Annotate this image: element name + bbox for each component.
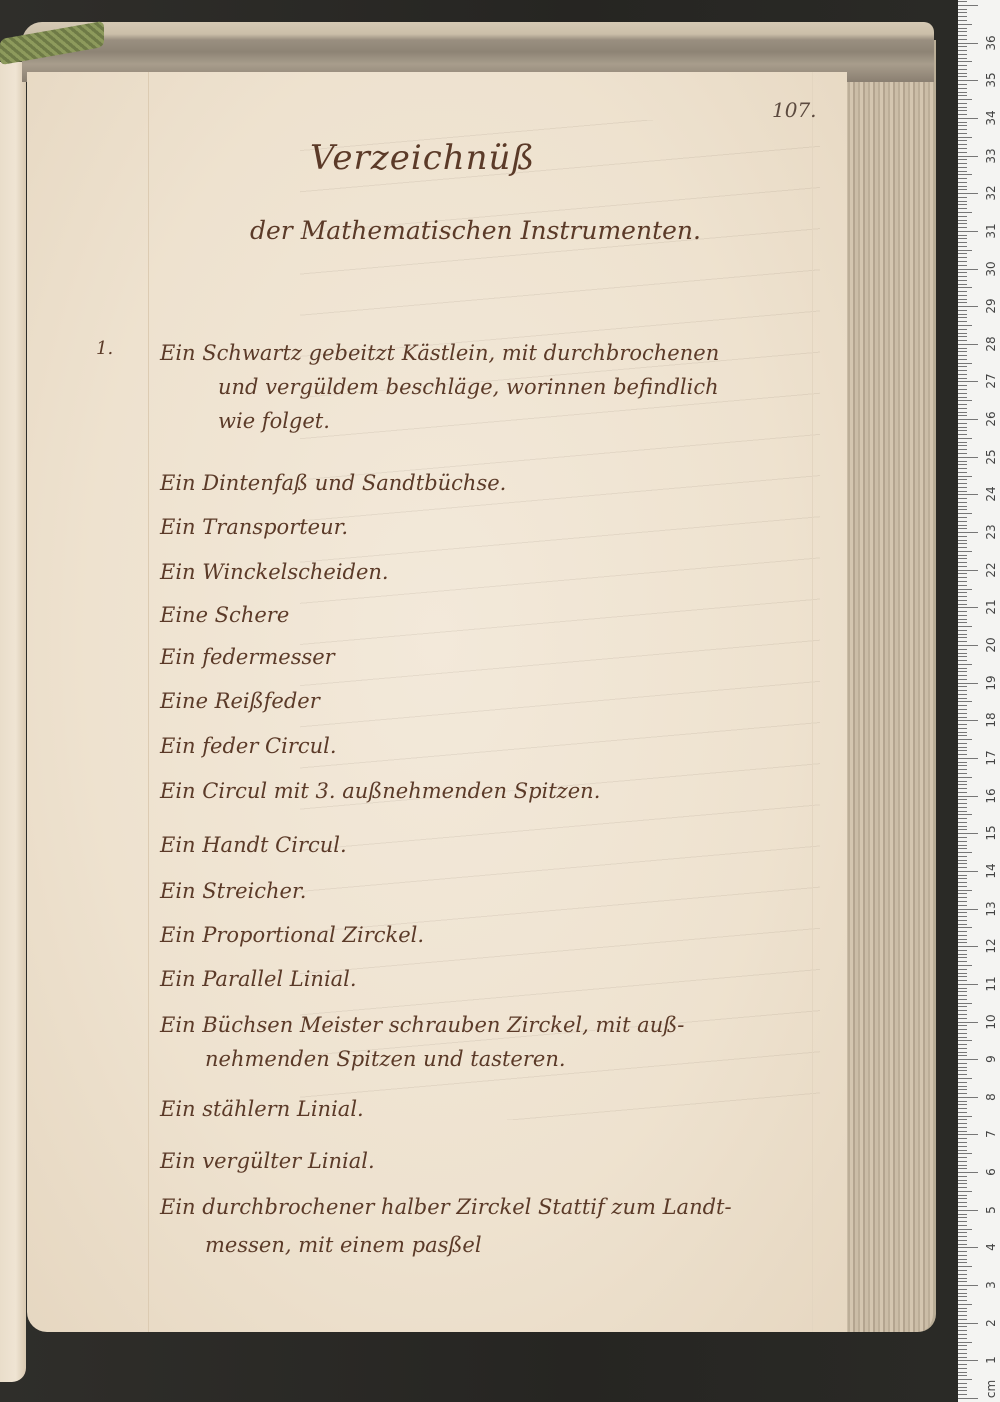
ruler-tick — [958, 1134, 978, 1135]
ruler-tick — [958, 1010, 967, 1011]
ruler-tick — [958, 491, 967, 492]
ruler-tick — [958, 1202, 967, 1203]
ruler-tick — [958, 592, 967, 593]
ruler-tick — [958, 784, 967, 785]
ruler-tick — [958, 600, 967, 601]
ruler-label: 26 — [984, 408, 998, 430]
ruler-tick — [958, 186, 967, 187]
ruler-tick — [958, 1146, 967, 1147]
ruler-tick — [958, 792, 967, 793]
ruler-tick — [958, 1360, 978, 1361]
ruler-tick — [958, 1033, 967, 1034]
ruler-tick — [958, 645, 978, 646]
ruler-tick — [958, 1244, 967, 1245]
ruler-tick — [958, 1349, 967, 1350]
ruler-tick — [958, 675, 967, 676]
ruler-label: 24 — [984, 483, 998, 505]
ruler-tick — [958, 159, 967, 160]
ruler-tick — [958, 88, 967, 89]
ruler-tick — [958, 1123, 967, 1124]
ruler-tick — [958, 732, 967, 733]
ruler-tick — [958, 171, 967, 172]
ruler-tick — [958, 750, 967, 751]
ruler-tick — [958, 1022, 978, 1023]
ruler-tick — [958, 1338, 967, 1339]
ruler-tick — [958, 543, 967, 544]
ruler-tick — [958, 1251, 967, 1252]
ruler-tick — [958, 1044, 967, 1045]
entry-line: Ein Transporteur. — [160, 508, 348, 546]
ruler-tick — [958, 890, 972, 891]
ruler-tick — [958, 472, 967, 473]
ruler-tick — [958, 1229, 972, 1230]
ruler-label: 14 — [984, 860, 998, 882]
ruler-label: 25 — [984, 446, 998, 468]
entry-line: Eine Schere — [160, 596, 289, 634]
ruler-tick — [958, 931, 967, 932]
ruler-tick — [958, 321, 967, 322]
ruler-tick — [958, 852, 972, 853]
ruler-tick — [958, 649, 967, 650]
ruler-label: 16 — [984, 785, 998, 807]
ruler-tick — [958, 35, 967, 36]
ruler-tick — [958, 634, 967, 635]
ruler-label: 10 — [984, 1011, 998, 1033]
ruler-tick — [958, 848, 967, 849]
entry-line: Ein stählern Linial. — [160, 1090, 364, 1128]
left-facing-page-edge — [0, 62, 26, 1382]
ruler-tick — [958, 1040, 972, 1041]
ruler-tick — [958, 80, 978, 81]
ruler-tick — [958, 863, 967, 864]
ruler-tick — [958, 355, 967, 356]
ruler-tick — [958, 984, 978, 985]
ruler-tick — [958, 845, 967, 846]
ruler-tick — [958, 1138, 967, 1139]
ruler-tick — [958, 1270, 967, 1271]
ruler-tick — [958, 641, 967, 642]
ruler-tick — [958, 427, 967, 428]
ruler-tick — [958, 5, 978, 6]
ruler-tick — [958, 246, 967, 247]
ruler-tick — [958, 694, 967, 695]
ruler-tick — [958, 306, 978, 307]
ruler-tick — [958, 483, 967, 484]
ruler-tick — [958, 257, 967, 258]
ruler-tick — [958, 513, 972, 514]
ruler-tick — [958, 1278, 967, 1279]
ruler-tick — [958, 204, 967, 205]
right-margin-fold-line — [812, 72, 813, 1332]
measurement-ruler: 1234567891011121314151617181920212223242… — [958, 0, 1000, 1402]
ruler-tick — [958, 724, 967, 725]
ruler-tick — [958, 1018, 967, 1019]
ruler-tick — [958, 92, 967, 93]
ruler-tick — [958, 73, 967, 74]
ruler-tick — [958, 287, 972, 288]
ruler-tick — [958, 46, 967, 47]
ruler-tick — [958, 577, 967, 578]
entry-line: Ein Proportional Zirckel. — [160, 916, 424, 954]
ruler-tick — [958, 1221, 967, 1222]
left-margin-fold-line — [148, 72, 149, 1332]
ruler-tick — [958, 735, 967, 736]
show-through-ink — [300, 120, 820, 1120]
ruler-tick — [958, 1383, 967, 1384]
ruler-tick — [958, 1296, 967, 1297]
ruler-tick — [958, 370, 967, 371]
ruler-label: 30 — [984, 258, 998, 280]
ruler-tick — [958, 886, 967, 887]
ruler-tick — [958, 1225, 967, 1226]
ruler-tick — [958, 231, 978, 232]
ruler-tick — [958, 24, 972, 25]
ruler-label: 1 — [984, 1349, 998, 1371]
ruler-tick — [958, 999, 967, 1000]
entry-line: wie folget. — [218, 402, 330, 440]
ruler-tick — [958, 95, 967, 96]
ruler-tick — [958, 573, 967, 574]
ruler-tick — [958, 1274, 967, 1275]
book-fore-edge — [845, 40, 936, 1332]
ruler-tick — [958, 781, 967, 782]
ruler-tick — [958, 558, 967, 559]
ruler-tick — [958, 954, 967, 955]
ruler-tick — [958, 348, 967, 349]
item-number: 1. — [96, 338, 113, 359]
ruler-tick — [958, 393, 967, 394]
ruler-tick — [958, 148, 967, 149]
ruler-tick — [958, 118, 978, 119]
ruler-tick — [958, 167, 967, 168]
ruler-tick — [958, 302, 967, 303]
ruler-tick — [958, 220, 967, 221]
ruler-tick — [958, 713, 967, 714]
ruler-tick — [958, 555, 967, 556]
entry-line: Ein Handt Circul. — [160, 826, 347, 864]
ruler-tick — [958, 99, 972, 100]
ruler-tick — [958, 1319, 967, 1320]
ruler-tick — [958, 445, 967, 446]
ruler-tick — [958, 1210, 978, 1211]
ruler-tick — [958, 1247, 978, 1248]
ruler-label: 29 — [984, 295, 998, 317]
ruler-tick — [958, 1161, 967, 1162]
ruler-label: 13 — [984, 898, 998, 920]
ruler-tick — [958, 833, 978, 834]
ruler-tick — [958, 717, 967, 718]
ruler-tick — [958, 476, 972, 477]
ruler-tick — [958, 660, 967, 661]
entry-line: Ein Dintenfaß und Sandtbüchse. — [160, 464, 506, 502]
ruler-tick — [958, 668, 967, 669]
ruler-tick — [958, 381, 978, 382]
entry-line: Ein feder Circul. — [160, 727, 337, 765]
ruler-tick — [958, 991, 967, 992]
ruler-tick — [958, 1214, 967, 1215]
ruler-label: 5 — [984, 1199, 998, 1221]
ruler-tick — [958, 438, 972, 439]
ruler-unit-label: cm — [984, 1378, 998, 1400]
ruler-label: 35 — [984, 69, 998, 91]
ruler-tick — [958, 686, 967, 687]
ruler-tick — [958, 397, 967, 398]
ruler-tick — [958, 415, 967, 416]
ruler-tick — [958, 1176, 967, 1177]
ruler-label: 12 — [984, 935, 998, 957]
ruler-tick — [958, 1070, 967, 1071]
ruler-tick — [958, 973, 967, 974]
ruler-tick — [958, 878, 967, 879]
ruler-tick — [958, 76, 967, 77]
ruler-tick — [958, 31, 967, 32]
ruler-tick — [958, 664, 972, 665]
ruler-tick — [958, 1357, 967, 1358]
ruler-tick — [958, 773, 967, 774]
ruler-tick — [958, 110, 967, 111]
ruler-tick — [958, 464, 967, 465]
ruler-tick — [958, 69, 967, 70]
ruler-tick — [958, 1150, 967, 1151]
ruler-label: 34 — [984, 107, 998, 129]
ruler-tick — [958, 811, 967, 812]
ruler-tick — [958, 709, 967, 710]
ruler-tick — [958, 216, 967, 217]
ruler-tick — [958, 9, 967, 10]
ruler-tick — [958, 197, 967, 198]
ruler-tick — [958, 562, 967, 563]
ruler-tick — [958, 1, 967, 2]
ruler-tick — [958, 1300, 967, 1301]
ruler-tick — [958, 743, 967, 744]
ruler-tick — [958, 156, 978, 157]
ruler-tick — [958, 1131, 967, 1132]
ruler-tick — [958, 178, 967, 179]
ruler-tick — [958, 837, 967, 838]
ruler-tick — [958, 1345, 967, 1346]
ruler-tick — [958, 521, 967, 522]
ruler-tick — [958, 927, 972, 928]
ruler-label: 27 — [984, 370, 998, 392]
ruler-tick — [958, 1078, 972, 1079]
ruler-tick — [958, 630, 967, 631]
ruler-tick — [958, 223, 967, 224]
ruler-tick — [958, 1097, 978, 1098]
ruler-label: 33 — [984, 145, 998, 167]
ruler-tick — [958, 449, 967, 450]
ruler-tick — [958, 408, 967, 409]
ruler-tick — [958, 653, 967, 654]
ruler-tick — [958, 1217, 967, 1218]
ruler-tick — [958, 152, 967, 153]
ruler-tick — [958, 61, 972, 62]
ruler-tick — [958, 1153, 972, 1154]
ruler-tick — [958, 461, 967, 462]
ruler-tick — [958, 796, 978, 797]
folio-number: 107. — [772, 98, 817, 122]
ruler-tick — [958, 434, 967, 435]
ruler-label: 8 — [984, 1086, 998, 1108]
ruler-tick — [958, 551, 972, 552]
ruler-label: 4 — [984, 1236, 998, 1258]
ruler-tick — [958, 299, 967, 300]
ruler-tick — [958, 570, 978, 571]
ruler-tick — [958, 1052, 967, 1053]
ruler-tick — [958, 265, 967, 266]
ruler-tick — [958, 683, 978, 684]
ruler-tick — [958, 1240, 967, 1241]
ruler-tick — [958, 1375, 967, 1376]
ruler-tick — [958, 969, 967, 970]
ruler-tick — [958, 882, 967, 883]
ruler-tick — [958, 280, 967, 281]
ruler-tick — [958, 363, 972, 364]
ruler-tick — [958, 1074, 967, 1075]
ruler-tick — [958, 336, 967, 337]
ruler-tick — [958, 1368, 967, 1369]
ruler-tick — [958, 1259, 967, 1260]
ruler-tick — [958, 333, 967, 334]
ruler-tick — [958, 295, 967, 296]
ruler-tick — [958, 777, 972, 778]
ruler-tick — [958, 976, 967, 977]
ruler-tick — [958, 1180, 967, 1181]
ruler-tick — [958, 924, 967, 925]
ruler-tick — [958, 344, 978, 345]
ruler-tick — [958, 939, 967, 940]
ruler-tick — [958, 1195, 967, 1196]
ruler-tick — [958, 788, 967, 789]
ruler-tick — [958, 818, 967, 819]
ruler-tick — [958, 253, 967, 254]
ruler-tick — [958, 1315, 967, 1316]
ruler-tick — [958, 39, 967, 40]
ruler-tick — [958, 581, 967, 582]
ruler-label: 31 — [984, 220, 998, 242]
ruler-tick — [958, 212, 972, 213]
ruler-tick — [958, 12, 967, 13]
ruler-tick — [958, 291, 967, 292]
ruler-tick — [958, 701, 972, 702]
ruler-tick — [958, 1334, 967, 1335]
ruler-tick — [958, 261, 967, 262]
ruler-tick — [958, 107, 967, 108]
ruler-tick — [958, 1206, 967, 1207]
ruler-tick — [958, 201, 967, 202]
ruler-tick — [958, 1387, 967, 1388]
ruler-label: 17 — [984, 747, 998, 769]
ruler-tick — [958, 920, 967, 921]
entry-line: messen, mit einem pasßel — [205, 1226, 482, 1264]
entry-line: nehmenden Spitzen und tasteren. — [205, 1040, 566, 1078]
ruler-tick — [958, 747, 967, 748]
ruler-tick — [958, 589, 972, 590]
ruler-tick — [958, 1289, 967, 1290]
ruler-tick — [958, 762, 967, 763]
ruler-tick — [958, 502, 967, 503]
ruler-tick — [958, 359, 967, 360]
ruler-tick — [958, 269, 978, 270]
ruler-tick — [958, 54, 967, 55]
ruler-tick — [958, 1116, 972, 1117]
ruler-tick — [958, 317, 967, 318]
ruler-tick — [958, 1014, 967, 1015]
ruler-tick — [958, 946, 978, 947]
ruler-tick — [958, 1172, 978, 1173]
ruler-tick — [958, 366, 967, 367]
ruler-label: 22 — [984, 559, 998, 581]
page-title: Verzeichnüß — [310, 138, 535, 178]
ruler-tick — [958, 242, 967, 243]
ruler-tick — [958, 897, 967, 898]
ruler-tick — [958, 547, 967, 548]
ruler-tick — [958, 1067, 967, 1068]
ruler-tick — [958, 1342, 972, 1343]
ruler-tick — [958, 122, 967, 123]
ruler-tick — [958, 942, 967, 943]
entry-line: Ein Circul mit 3. außnehmenden Spitzen. — [160, 772, 600, 810]
ruler-tick — [958, 528, 967, 529]
ruler-tick — [958, 615, 967, 616]
ruler-tick — [958, 607, 978, 608]
ruler-tick — [958, 1055, 967, 1056]
ruler-tick — [958, 494, 978, 495]
ruler-tick — [958, 566, 967, 567]
ruler-label: 11 — [984, 973, 998, 995]
ruler-label: 36 — [984, 32, 998, 54]
entry-line: Ein Büchsen Meister schrauben Zirckel, m… — [160, 1006, 684, 1044]
ruler-tick — [958, 656, 967, 657]
ruler-tick — [958, 340, 967, 341]
ruler-tick — [958, 208, 967, 209]
ruler-tick — [958, 1104, 967, 1105]
ruler-tick — [958, 965, 972, 966]
ruler-tick — [958, 133, 967, 134]
ruler-tick — [958, 1323, 978, 1324]
ruler-tick — [958, 1266, 972, 1267]
ruler-tick — [958, 457, 978, 458]
ruler-tick — [958, 65, 967, 66]
ruler-tick — [958, 193, 978, 194]
ruler-tick — [958, 1108, 967, 1109]
ruler-tick — [958, 1390, 967, 1391]
ruler-tick — [958, 20, 967, 21]
entry-line: Ein durchbrochener halber Zirckel Statti… — [160, 1188, 732, 1226]
ruler-tick — [958, 509, 967, 510]
ruler-tick — [958, 826, 967, 827]
ruler-tick — [958, 916, 967, 917]
ruler-tick — [958, 1183, 967, 1184]
entry-line: Eine Reißfeder — [160, 682, 320, 720]
ruler-tick — [958, 754, 967, 755]
ruler-tick — [958, 604, 967, 605]
ruler-tick — [958, 867, 967, 868]
ruler-tick — [958, 1112, 967, 1113]
ruler-tick — [958, 1093, 967, 1094]
ruler-tick — [958, 1157, 967, 1158]
ruler-tick — [958, 103, 967, 104]
ruler-tick — [958, 442, 967, 443]
ruler-tick — [958, 419, 978, 420]
ruler-tick — [958, 1119, 967, 1120]
ruler-tick — [958, 758, 978, 759]
ruler-tick — [958, 1394, 967, 1395]
entry-line: Ein Schwartz gebeitzt Kästlein, mit durc… — [160, 334, 719, 372]
ruler-label: 7 — [984, 1123, 998, 1145]
ruler-tick — [958, 140, 967, 141]
ruler-tick — [958, 1086, 967, 1087]
ruler-tick — [958, 698, 967, 699]
